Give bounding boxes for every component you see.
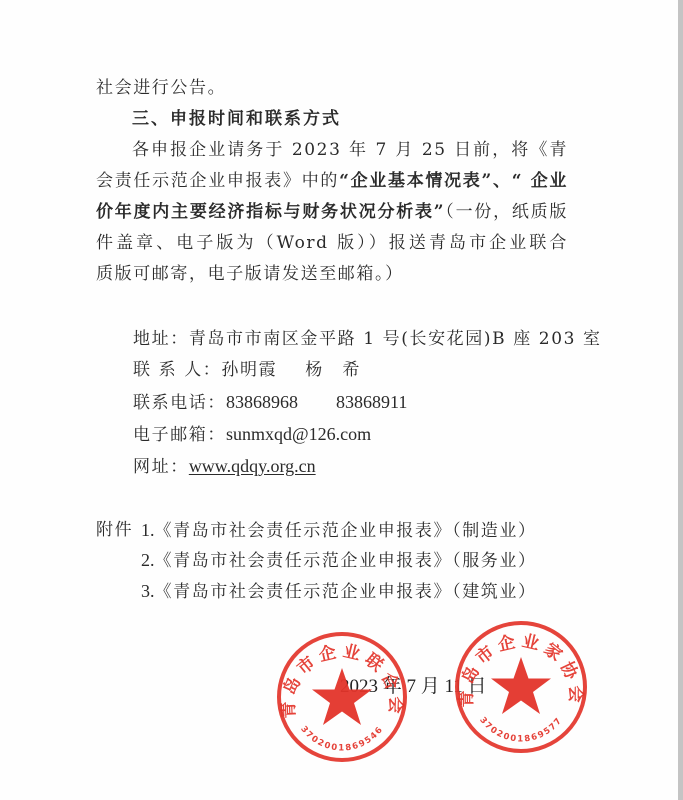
star-icon (312, 668, 372, 725)
svg-text:3702001869577: 3702001869577 (477, 715, 564, 744)
paragraph-line-5: 质版可邮寄，电子版请发送至邮箱。） (96, 263, 404, 285)
intro-tail-text: 社会进行公告。 (96, 77, 226, 99)
person-2: 杨 希 (305, 360, 361, 380)
attachment-number: 1. (141, 520, 155, 540)
official-seal-enterprise-confederation: 青岛市企业联合会 3702001869546 (275, 630, 409, 764)
paragraph-line-2: 会责任示范企业申报表》中的“企业基本情况表”、“ 企业评 (96, 170, 568, 192)
email-link[interactable]: sunmxqd@126.com (226, 424, 371, 444)
contact-person: 联 系 人：孙明霞杨 希 (133, 359, 361, 381)
star-icon (491, 657, 551, 714)
attachment-item-1: 1.《青岛市社会责任示范企业申报表》（制造业） (141, 519, 537, 542)
address-label: 地址： (133, 329, 189, 349)
paragraph-line-2-plain: 会责任示范企业申报表》中的 (96, 171, 339, 191)
website-link[interactable]: www.qdqy.org.cn (189, 456, 316, 476)
official-seal-entrepreneurs-association: 青岛市企业家协会 3702001869577 (453, 619, 589, 755)
attachment-title: 《青岛市社会责任示范企业申报表》（制造业） (155, 521, 537, 541)
attachment-item-2: 2.《青岛市社会责任示范企业申报表》（服务业） (141, 549, 537, 572)
person-1: 孙明霞 (221, 360, 277, 380)
person-label: 联 系 人： (133, 360, 221, 380)
contact-email: 电子邮箱：sunmxqd@126.com (133, 423, 371, 446)
paragraph-line-3: 价年度内主要经济指标与财务状况分析表”（一份，纸质版原 (96, 201, 568, 223)
attachment-title: 《青岛市社会责任示范企业申报表》（服务业） (155, 551, 537, 571)
paragraph-line-4: 件盖章、电子版为（Word 版））报送青岛市企业联合会。（纸 (96, 232, 568, 254)
contact-phone: 联系电话：8386896883868911 (133, 391, 407, 414)
document-page: 社会进行公告。 三、申报时间和联系方式 各申报企业请务于 2023 年 7 月 … (0, 0, 678, 800)
section-heading: 三、申报时间和联系方式 (132, 108, 341, 130)
phone-label: 联系电话： (133, 393, 226, 413)
contact-address: 地址：青岛市市南区金平路 1 号(长安花园)B 座 203 室 (133, 328, 602, 350)
email-label: 电子邮箱： (133, 425, 226, 445)
website-label: 网址： (133, 457, 189, 477)
paragraph-line-1: 各申报企业请务于 2023 年 7 月 25 日前，将《青岛市社 (132, 139, 568, 161)
attachment-title: 《青岛市社会责任示范企业申报表》（建筑业） (155, 582, 537, 602)
svg-text:3702001869546: 3702001869546 (298, 724, 385, 753)
attachments-label: 附件 (96, 519, 133, 541)
attachment-number: 3. (141, 581, 155, 601)
phone-2: 83868911 (336, 392, 407, 412)
phone-1: 83868968 (226, 392, 298, 412)
contact-website: 网址：www.qdqy.org.cn (133, 455, 316, 478)
attachment-item-3: 3.《青岛市社会责任示范企业申报表》（建筑业） (141, 580, 537, 603)
address-value: 青岛市市南区金平路 1 号(长安花园)B 座 203 室 (189, 329, 602, 349)
paragraph-line-3-bold: 价年度内主要经济指标与财务状况分析表” (96, 202, 445, 222)
page-edge-scrollbar-strip (678, 0, 683, 800)
attachment-number: 2. (141, 550, 155, 570)
